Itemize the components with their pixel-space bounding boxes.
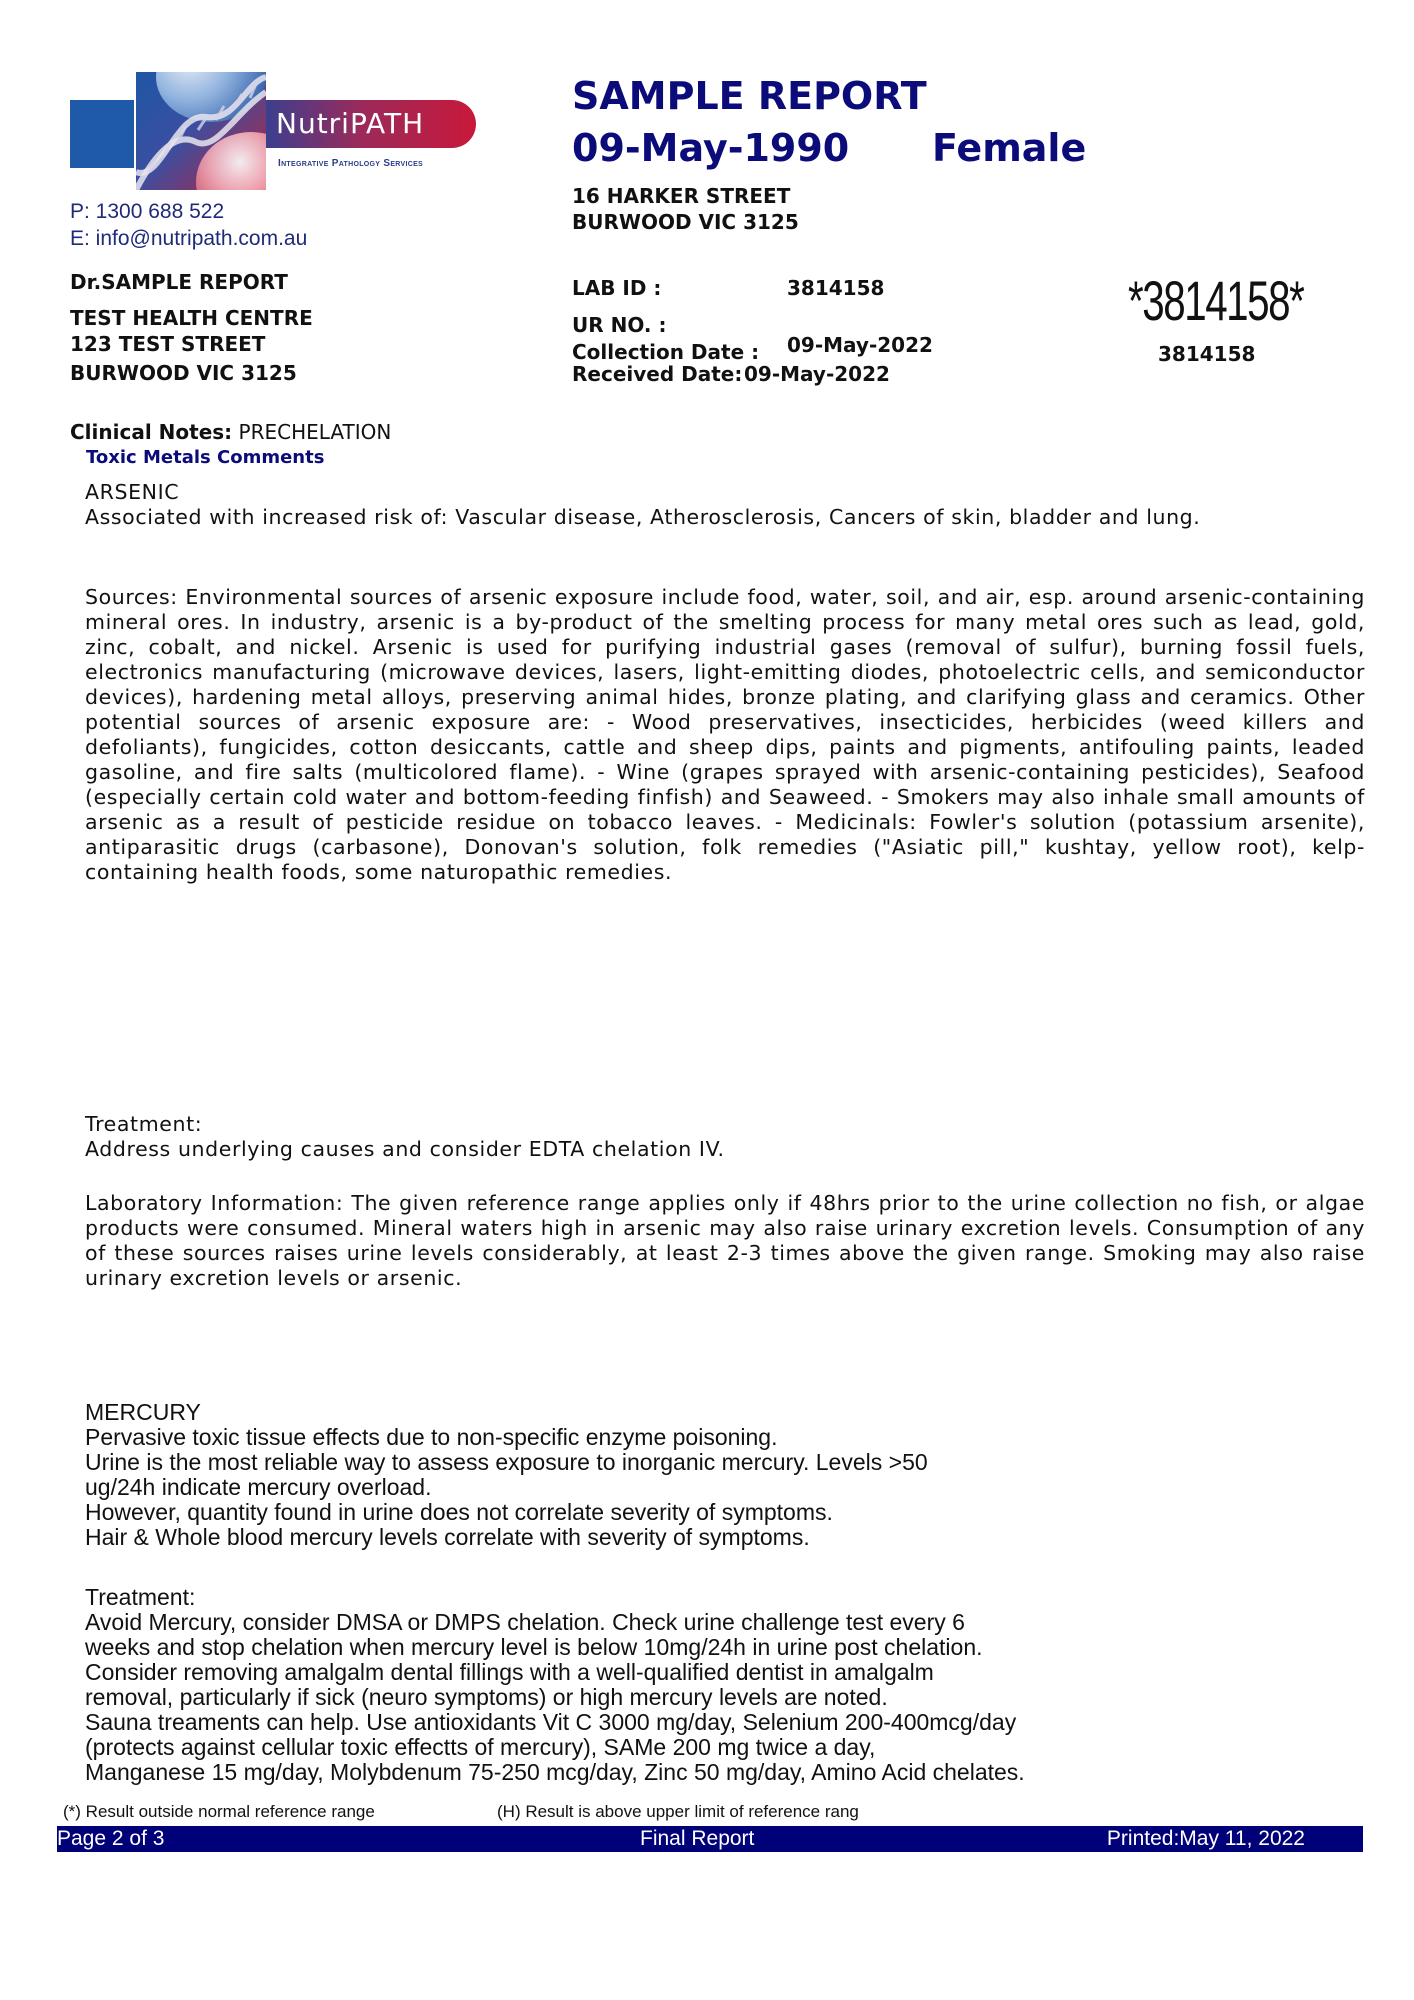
logo-cross-left	[70, 100, 134, 168]
arsenic-treatment-label: Treatment:	[85, 1112, 1365, 1137]
mercury-treatment-label: Treatment:	[85, 1585, 1365, 1610]
lab-id-label: LAB ID :	[572, 276, 661, 300]
clinical-notes-label: Clinical Notes:	[70, 420, 232, 444]
legend-above-upper: (H) Result is above upper limit of refer…	[497, 1802, 859, 1822]
mercury-treatment-line: Manganese 15 mg/day, Molybdenum 75-250 m…	[85, 1760, 1365, 1785]
received-date-value: 09-May-2022	[744, 362, 890, 386]
mercury-treatment: Avoid Mercury, consider DMSA or DMPS che…	[85, 1610, 1365, 1785]
ur-no-label: UR NO. :	[572, 313, 666, 337]
mercury-info-line: However, quantity found in urine does no…	[85, 1500, 1365, 1525]
mercury-title: MERCURY	[85, 1400, 1365, 1425]
mercury-info-line: Hair & Whole blood mercury levels correl…	[85, 1525, 1365, 1550]
arsenic-lab-info: Laboratory Information: The given refere…	[85, 1191, 1365, 1291]
logo-wordmark: NutriPATH	[266, 100, 476, 148]
mercury-info-line: ug/24h indicate mercury overload.	[85, 1475, 1365, 1500]
dna-helix-icon	[136, 72, 266, 190]
doctor-address-line1: 123 TEST STREET	[70, 332, 265, 356]
mercury-treatment-line: Avoid Mercury, consider DMSA or DMPS che…	[85, 1610, 1365, 1635]
mercury-treatment-line: removal, particularly if sick (neuro sym…	[85, 1685, 1365, 1710]
mercury-treatment-line: Consider removing amalgalm dental fillin…	[85, 1660, 1365, 1685]
clinical-notes-value: PRECHELATION	[239, 420, 392, 444]
mercury-treatment-line: weeks and stop chelation when mercury le…	[85, 1635, 1365, 1660]
report-status: Final Report	[640, 1826, 754, 1852]
lab-id-value: 3814158	[787, 276, 884, 300]
patient-dob: 09-May-1990	[572, 126, 849, 170]
doctor-address-line2: BURWOOD VIC 3125	[70, 361, 297, 385]
mercury-info-line: Pervasive toxic tissue effects due to no…	[85, 1425, 1365, 1450]
patient-sex: Female	[932, 126, 1086, 170]
received-date-label: Received Date:	[572, 362, 742, 386]
footer-bar: Page 2 of 3 Final Report Printed:May 11,…	[57, 1826, 1363, 1852]
arsenic-title: ARSENIC	[85, 480, 1365, 505]
mercury-treatment-line: Sauna treaments can help. Use antioxidan…	[85, 1710, 1365, 1735]
lab-phone: P: 1300 688 522	[70, 200, 224, 224]
page-number: Page 2 of 3	[57, 1826, 164, 1852]
patient-address-line2: BURWOOD VIC 3125	[572, 210, 799, 234]
barcode-number: 3814158	[1158, 342, 1255, 366]
arsenic-treatment: Address underlying causes and consider E…	[85, 1137, 1365, 1162]
legend-outside-range: (*) Result outside normal reference rang…	[63, 1802, 375, 1822]
arsenic-sources: Sources: Environmental sources of arseni…	[85, 585, 1365, 885]
collection-date-label: Collection Date :	[572, 340, 759, 364]
section-heading: Toxic Metals Comments	[86, 447, 324, 468]
nutripath-logo: NutriPATH Integrative Pathology Services	[70, 72, 490, 190]
doctor-name: Dr.SAMPLE REPORT	[70, 270, 288, 294]
doctor-clinic: TEST HEALTH CENTRE	[70, 306, 313, 330]
clinical-notes: Clinical Notes: PRECHELATION	[70, 420, 391, 444]
printed-date: Printed:May 11, 2022	[1107, 1826, 1305, 1852]
mercury-treatment-line: (protects against cellular toxic effectt…	[85, 1735, 1365, 1760]
collection-date-value: 09-May-2022	[787, 333, 933, 357]
mercury-info: Pervasive toxic tissue effects due to no…	[85, 1425, 1365, 1550]
mercury-info-line: Urine is the most reliable way to assess…	[85, 1450, 1365, 1475]
logo-tagline: Integrative Pathology Services	[278, 158, 423, 169]
patient-name: SAMPLE REPORT	[572, 74, 927, 118]
patient-address-line1: 16 HARKER STREET	[572, 184, 790, 208]
lab-email: E: info@nutripath.com.au	[70, 227, 307, 251]
arsenic-risk: Associated with increased risk of: Vascu…	[85, 505, 1205, 530]
barcode: *3814158*	[1128, 268, 1303, 333]
